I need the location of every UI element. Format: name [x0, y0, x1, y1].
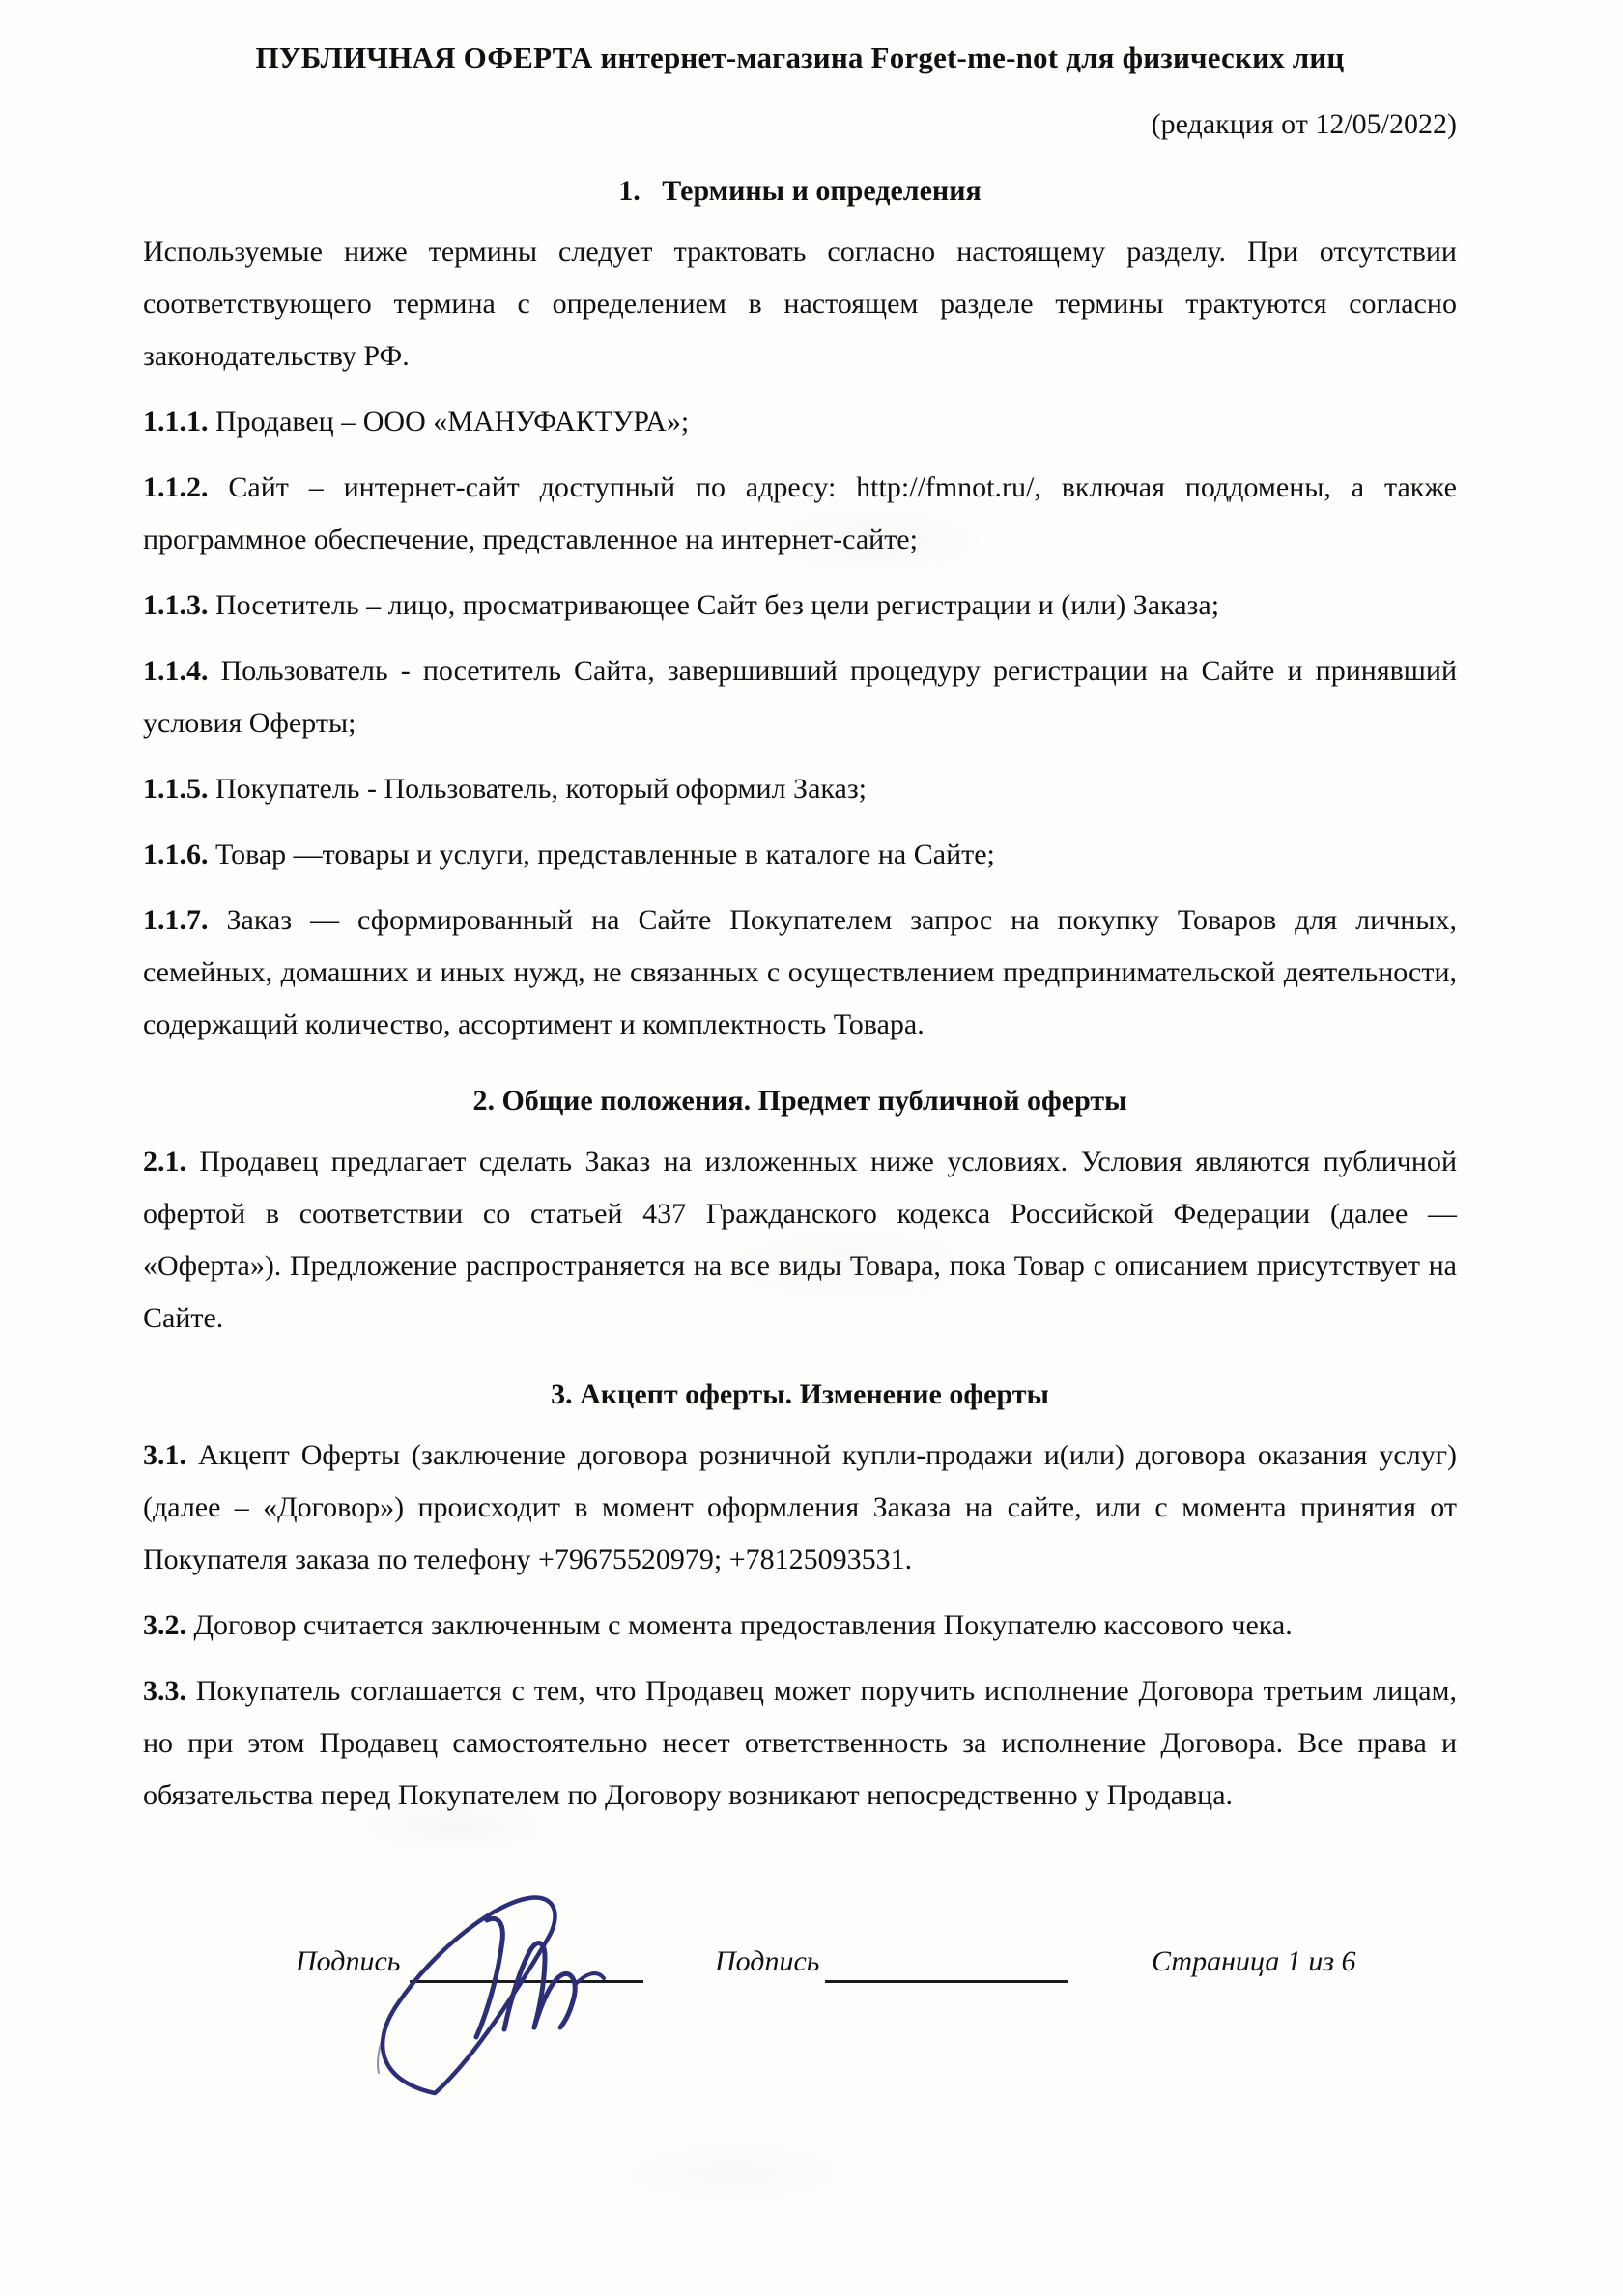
clause-text: Продавец – ООО «МАНУФАКТУРА»; [215, 406, 689, 438]
clause-3-3: 3.3. Покупатель соглашается с тем, что П… [143, 1665, 1457, 1822]
clause-number: 1.1.3. [143, 589, 209, 621]
page-number-indicator: Страница 1 из 6 [1152, 1945, 1356, 1978]
section-2-heading: 2. Общие положения. Предмет публичной оф… [143, 1080, 1457, 1122]
clause-text: Посетитель – лицо, просматривающее Сайт … [215, 589, 1219, 621]
clause-number: 1.1.2. [143, 471, 209, 503]
document-title: ПУБЛИЧНАЯ ОФЕРТА интернет-магазина Forge… [143, 39, 1457, 77]
scanned-document-page: ПУБЛИЧНАЯ ОФЕРТА интернет-магазина Forge… [0, 0, 1623, 2296]
clause-text: Продавец предлагает сделать Заказ на изл… [143, 1146, 1457, 1334]
signature-line-middle [825, 1938, 1068, 1983]
clause-number: 2.1. [143, 1146, 186, 1177]
signature-label-middle: Подпись [715, 1945, 819, 1978]
clause-text: Покупатель - Пользователь, который оформ… [215, 773, 867, 805]
clause-2-1: 2.1. Продавец предлагает сделать Заказ н… [143, 1136, 1457, 1345]
clause-number: 1.1.5. [143, 773, 209, 805]
clause-number: 1.1.6. [143, 838, 209, 870]
clause-number: 1.1.4. [143, 655, 209, 687]
clause-text: Пользователь - посетитель Сайта, заверши… [143, 655, 1457, 739]
clause-number: 1.1.7. [143, 904, 209, 936]
section-1-heading: 1. Термины и определения [143, 170, 1457, 213]
signature-label-left: Подпись [296, 1945, 400, 1978]
clause-number: 3.3. [143, 1675, 186, 1707]
clause-1-1-1: 1.1.1. Продавец – ООО «МАНУФАКТУРА»; [143, 396, 1457, 448]
clause-text: Товар —товары и услуги, представленные в… [215, 838, 995, 870]
signature-line-left [410, 1938, 643, 1983]
edition-date-line: (редакция от 12/05/2022) [143, 108, 1457, 141]
clause-3-1: 3.1. Акцепт Оферты (заключение договора … [143, 1430, 1457, 1586]
clause-1-1-7: 1.1.7. Заказ — сформированный на Сайте П… [143, 894, 1457, 1051]
clause-text: Договор считается заключенным с момента … [194, 1609, 1293, 1641]
clause-3-2: 3.2. Договор считается заключенным с мом… [143, 1600, 1457, 1652]
paragraph-text: Используемые ниже термины следует тракто… [143, 236, 1457, 372]
section-1-intro-paragraph: Используемые ниже термины следует тракто… [143, 226, 1457, 383]
clause-text: Акцепт Оферты (заключение договора розни… [143, 1439, 1457, 1575]
clause-1-1-6: 1.1.6. Товар —товары и услуги, представл… [143, 829, 1457, 881]
clause-number: 1.1.1. [143, 406, 209, 438]
clause-number: 3.1. [143, 1439, 186, 1471]
clause-text: Сайт – интернет-сайт доступный по адресу… [143, 471, 1457, 555]
clause-1-1-3: 1.1.3. Посетитель – лицо, просматривающе… [143, 580, 1457, 632]
clause-1-1-4: 1.1.4. Пользователь - посетитель Сайта, … [143, 645, 1457, 750]
clause-text: Покупатель соглашается с тем, что Продав… [143, 1675, 1457, 1811]
clause-1-1-5: 1.1.5. Покупатель - Пользователь, которы… [143, 763, 1457, 815]
document-content: ПУБЛИЧНАЯ ОФЕРТА интернет-магазина Forge… [143, 39, 1457, 1835]
clause-text: Заказ — сформированный на Сайте Покупате… [143, 904, 1457, 1040]
clause-number: 3.2. [143, 1609, 186, 1641]
section-3-heading: 3. Акцепт оферты. Изменение оферты [143, 1374, 1457, 1416]
clause-1-1-2: 1.1.2. Сайт – интернет-сайт доступный по… [143, 462, 1457, 566]
page-footer: Подпись Подпись Страница 1 из 6 [143, 1940, 1457, 1998]
